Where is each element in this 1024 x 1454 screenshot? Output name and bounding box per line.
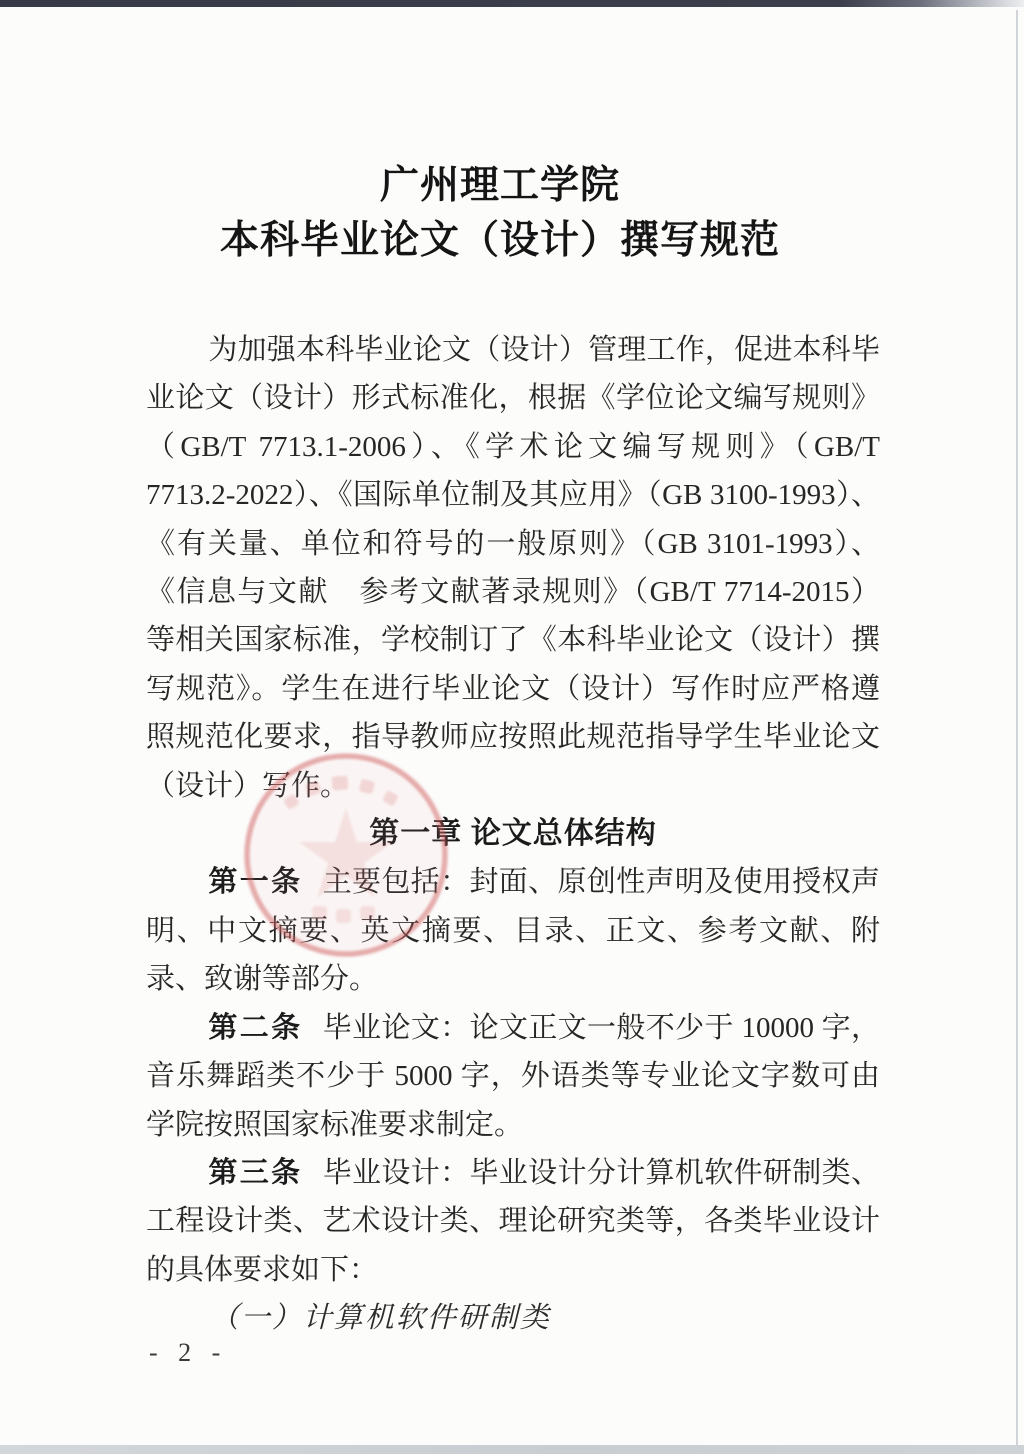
scan-artifact-right-edge	[1016, 10, 1018, 1450]
subitem-computer-software: （一）计算机软件研制类	[146, 1294, 880, 1342]
article-3: 第三条毕业设计：毕业设计分计算机软件研制类、工程设计类、艺术设计类、理论研究类等…	[146, 1149, 880, 1294]
chapter-1-heading: 第一章 论文总体结构	[146, 810, 880, 858]
article-2: 第二条毕业论文：论文正文一般不少于 10000 字，音乐舞蹈类不少于 5000 …	[146, 1004, 880, 1149]
document-title-line2: 本科毕业论文（设计）撰写规范	[0, 213, 1000, 268]
article-3-label: 第三条	[208, 1157, 302, 1189]
intro-paragraph: 为加强本科毕业论文（设计）管理工作，促进本科毕业论文（设计）形式标准化，根据《学…	[146, 326, 880, 810]
article-2-label: 第二条	[208, 1012, 302, 1044]
document-title: 广州理工学院 本科毕业论文（设计）撰写规范	[0, 158, 1000, 268]
scan-artifact-top-edge	[0, 0, 1024, 7]
article-1-label: 第一条	[208, 866, 302, 898]
page-number: - 2 -	[149, 1338, 227, 1368]
article-1: 第一条主要包括：封面、原创性声明及使用授权声明、中文摘要、英文摘要、目录、正文、…	[146, 858, 880, 1003]
scanned-document-page: 广州理工学院 本科毕业论文（设计）撰写规范 为加强本科毕业论文（设计）管理工作，…	[0, 0, 1024, 1454]
scan-artifact-bottom-edge	[0, 1445, 1024, 1454]
document-body: 为加强本科毕业论文（设计）管理工作，促进本科毕业论文（设计）形式标准化，根据《学…	[146, 326, 880, 1343]
document-title-line1: 广州理工学院	[0, 158, 1000, 213]
